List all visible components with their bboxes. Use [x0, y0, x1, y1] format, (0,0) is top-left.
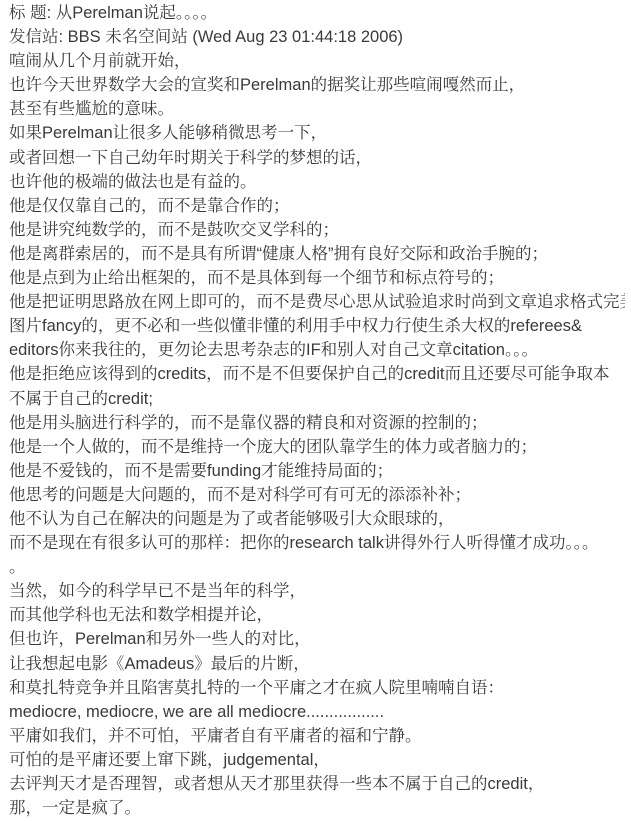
text-line: 而其他学科也无法和数学相提并论， [9, 603, 625, 627]
text-line: 喧闹从几个月前就开始， [9, 49, 625, 73]
text-line: 他是点到为止给出框架的，而不是具体到每一个细节和标点符号的； [9, 266, 625, 290]
text-line: 他是仅仅靠自己的，而不是靠合作的； [9, 194, 625, 218]
text-line: 可怕的是平庸还要上窜下跳，judgemental， [9, 748, 625, 772]
text-line: 他是讲究纯数学的，而不是鼓吹交叉学科的； [9, 218, 625, 242]
text-line: 他不认为自己在解决的问题是为了或者能够吸引大众眼球的， [9, 507, 625, 531]
text-line: 或者回想一下自己幼年时期关于科学的梦想的话， [9, 146, 625, 170]
text-line: 他是把证明思路放在网上即可的，而不是费尽心思从试验追求时尚到文章追求格式完美 [9, 290, 625, 314]
text-line: 。 [9, 555, 625, 579]
text-line: 而不是现在有很多认可的那样：把你的research talk讲得外行人听得懂才成… [9, 531, 625, 555]
text-line: mediocre, mediocre, we are all mediocre.… [9, 700, 625, 724]
text-line: 不属于自己的credit; [9, 387, 625, 411]
post-title-line: 标 题: 从Perelman说起。。。。 [9, 1, 625, 25]
text-line: 他思考的问题是大问题的，而不是对科学可有可无的添添补补； [9, 483, 625, 507]
text-line: 他是离群索居的，而不是具有所谓“健康人格”拥有良好交际和政治手腕的； [9, 242, 625, 266]
text-line: 图片fancy的，更不必和一些似懂非懂的利用手中权力行使生杀大权的referee… [9, 314, 625, 338]
text-line: 去评判天才是否理智，或者想从天才那里获得一些本不属于自己的credit， [9, 772, 625, 796]
text-line: 他是拒绝应该得到的credits，而不是不但要保护自己的credit而且还要尽可… [9, 362, 625, 386]
text-line: editors你来我往的，更勿论去思考杂志的IF和别人对自己文章citation… [9, 338, 625, 362]
text-line: 那，一定是疯了。 [9, 796, 625, 820]
text-line: 他是不爱钱的，而不是需要funding才能维持局面的； [9, 459, 625, 483]
text-line: 如果Perelman让很多人能够稍微思考一下， [9, 121, 625, 145]
text-line: 甚至有些尴尬的意味。 [9, 97, 625, 121]
text-line: 和莫扎特竞争并且陷害莫扎特的一个平庸之才在疯人院里喃喃自语： [9, 676, 625, 700]
text-line: 让我想起电影《Amadeus》最后的片断， [9, 652, 625, 676]
text-line: 但也许，Perelman和另外一些人的对比， [9, 627, 625, 651]
text-line: 平庸如我们，并不可怕，平庸者自有平庸者的福和宁静。 [9, 724, 625, 748]
post-body-lines: 喧闹从几个月前就开始，也许今天世界数学大会的宣奖和Perelman的据奖让那些喧… [9, 49, 625, 820]
bbs-post-page: 标 题: 从Perelman说起。。。。 发信站: BBS 未名空间站 (Wed… [0, 0, 631, 821]
text-line: 也许他的极端的做法也是有益的。 [9, 170, 625, 194]
text-line: 他是一个人做的，而不是维持一个庞大的团队靠学生的体力或者脑力的； [9, 435, 625, 459]
text-line: 当然，如今的科学早已不是当年的科学， [9, 579, 625, 603]
text-line: 他是用头脑进行科学的，而不是靠仪器的精良和对资源的控制的； [9, 411, 625, 435]
text-line: 也许今天世界数学大会的宣奖和Perelman的据奖让那些喧闹嘎然而止， [9, 73, 625, 97]
post-station-line: 发信站: BBS 未名空间站 (Wed Aug 23 01:44:18 2006… [9, 25, 625, 49]
